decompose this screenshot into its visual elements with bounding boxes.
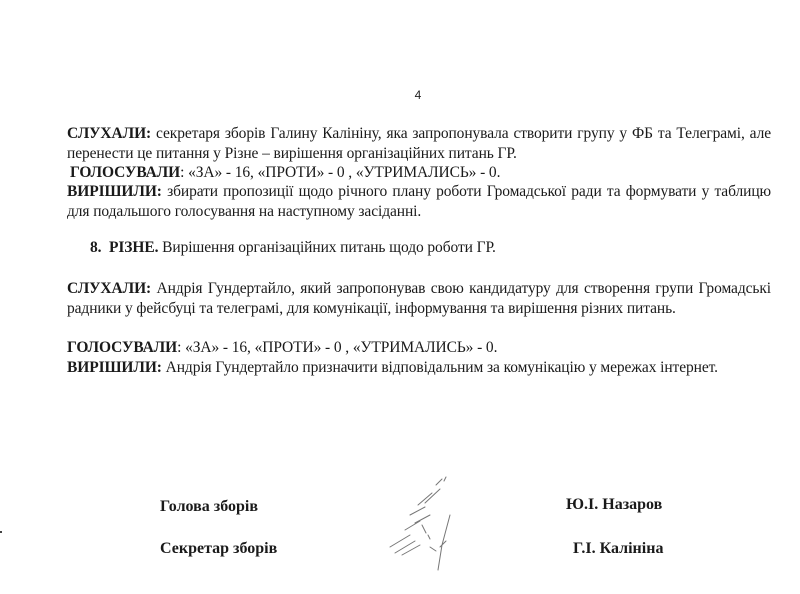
section-title-text: Вирішення організаційних питань щодо роб… (158, 239, 495, 256)
scan-artifact (0, 531, 2, 533)
voted-label: ГОЛОСУВАЛИ (70, 164, 180, 181)
heard-label: СЛУХАЛИ: (67, 125, 151, 142)
decided-paragraph-2: ВИРІШИЛИ: Андрія Гундертайло призначити … (67, 358, 771, 378)
decided-paragraph-1: ВИРІШИЛИ: збирати пропозиції щодо річног… (67, 182, 771, 221)
decided-label: ВИРІШИЛИ: (67, 183, 162, 200)
section-8-heading: 8. РІЗНЕ. Вирішення організаційних питан… (90, 238, 794, 258)
heard-paragraph-1: СЛУХАЛИ: секретаря зборів Галину Калінін… (67, 124, 771, 163)
decided-text: Андрія Гундертайло призначити відповідал… (162, 359, 718, 376)
decided-label: ВИРІШИЛИ: (67, 359, 162, 376)
chair-role: Голова зборів (160, 498, 258, 516)
voted-text: : «ЗА» - 16, «ПРОТИ» - 0 , «УТРИМАЛИСЬ» … (177, 339, 497, 356)
decided-text: збирати пропозиції щодо річного плану ро… (67, 183, 771, 220)
section-title: РІЗНЕ. (109, 239, 158, 256)
section-number: 8. (90, 239, 101, 256)
voted-paragraph-2: ГОЛОСУВАЛИ: «ЗА» - 16, «ПРОТИ» - 0 , «УТ… (67, 338, 771, 358)
heard-label: СЛУХАЛИ: (67, 280, 151, 297)
secretary-role: Секретар зборів (160, 540, 277, 558)
chair-name: Ю.І. Назаров (566, 496, 662, 514)
page-number: 4 (0, 88, 800, 102)
handwritten-signature (370, 475, 480, 575)
voted-paragraph-1: ГОЛОСУВАЛИ: «ЗА» - 16, «ПРОТИ» - 0 , «УТ… (70, 163, 774, 183)
heard-paragraph-2: СЛУХАЛИ: Андрія Гундертайло, який запроп… (67, 279, 771, 318)
heard-text: секретаря зборів Галину Калініну, яка за… (67, 125, 771, 162)
secretary-name: Г.І. Калініна (573, 540, 663, 558)
voted-label: ГОЛОСУВАЛИ (67, 339, 177, 356)
voted-text: : «ЗА» - 16, «ПРОТИ» - 0 , «УТРИМАЛИСЬ» … (180, 164, 500, 181)
heard-text: Андрія Гундертайло, який запропонував св… (67, 280, 771, 317)
